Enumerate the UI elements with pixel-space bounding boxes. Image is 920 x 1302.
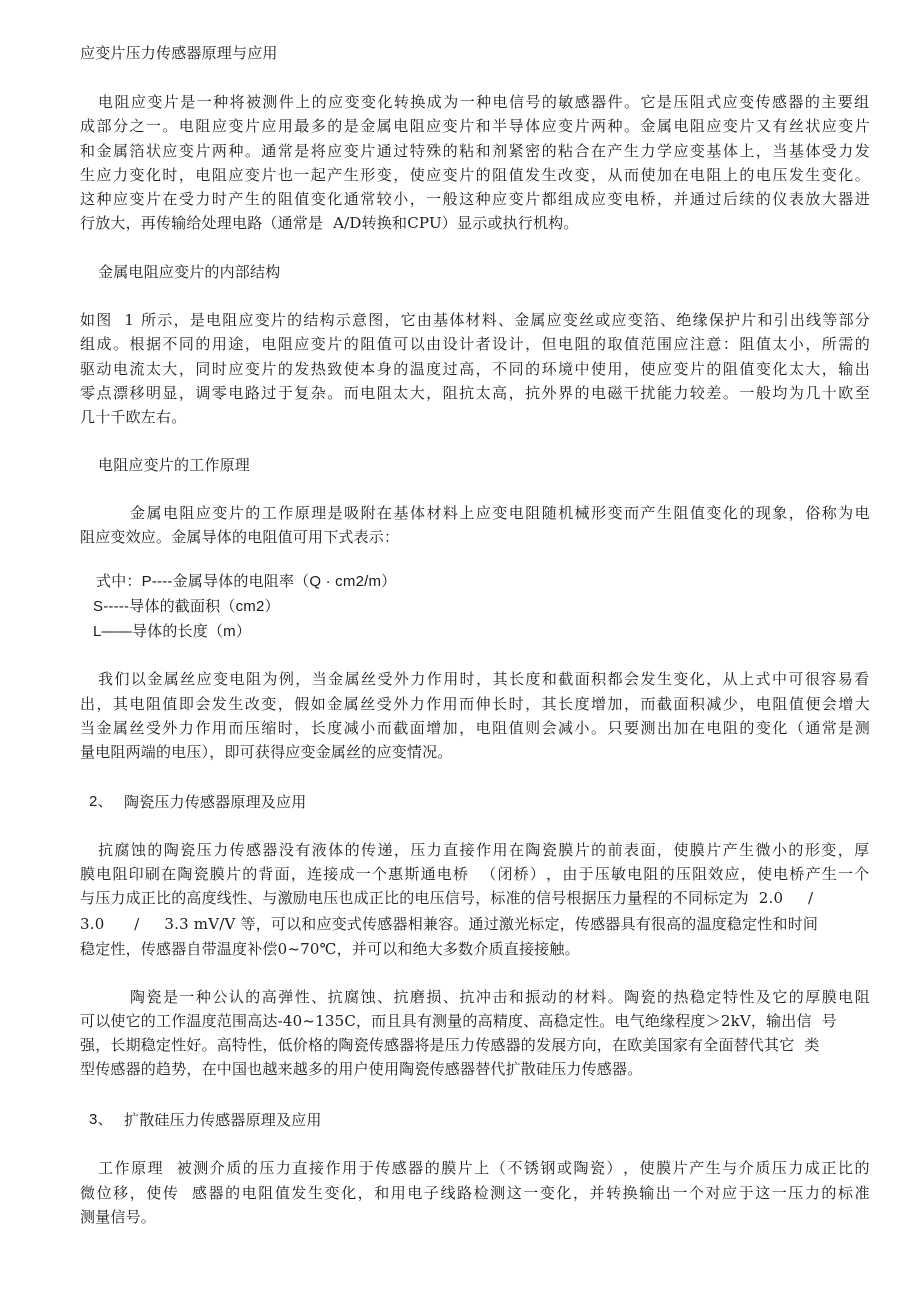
section-heading: 陶瓷压力传感器原理及应用 [124,792,306,812]
section-number: 3、 [89,1110,113,1130]
paragraph-line: 强，长期稳定性好。高特性，低价格的陶瓷传感器将是压力传感器的发展方向，在欧美国家… [80,1035,820,1055]
paragraph-line: 生应力变化时，电阻应变片也一起产生形变，使应变片的阻值发生改变，从而使加在电阻上… [80,165,870,185]
formula-line-l: L——导体的长度（m） [93,622,251,642]
paragraph-line: 测量信号。 [80,1207,156,1227]
document-page: 应变片压力传感器原理与应用 电阻应变片是一种将被测件上的应变变化转换成为一种电信… [0,0,920,1302]
paragraph-line: 行放大，再传输给处理电路（通常是 A/D转换和CPU）显示或执行机构。 [80,213,579,233]
formula-line-rho: 式中：P----金属导体的电阻率（Q · cm2/m） [96,572,396,592]
paragraph-line: 如图 1 所示，是电阻应变片的结构示意图，它由基体材料、金属应变丝或应变箔、绝缘… [80,310,870,330]
paragraph-line: 与压力成正比的高度线性、与激励电压也成正比的电压信号，标准的信号根据压力量程的不… [80,888,813,908]
paragraph-line: 抗腐蚀的陶瓷压力传感器没有液体的传递，压力直接作用在陶瓷膜片的前表面，使膜片产生… [98,840,870,860]
paragraph-line: 陶瓷是一种公认的高弹性、抗腐蚀、抗磨损、抗冲击和振动的材料。陶瓷的热稳定特性及它… [130,987,870,1007]
paragraph-line: 出，其电阻值即会发生改变，假如金属丝受外力作用而伸长时，其长度增加，而截面积减少… [80,694,870,714]
paragraph-line: 微位移，使传 感器的电阻值发生变化，和用电子线路检测这一变化，并转换输出一个对应… [80,1183,870,1203]
paragraph-line: 金属电阻应变片的工作原理是吸附在基体材料上应变电阻随机械形变而产生阻值变化的现象… [130,503,870,523]
section-heading: 金属电阻应变片的内部结构 [98,262,280,282]
paragraph-line: 型传感器的趋势，在中国也越来越多的用户使用陶瓷传感器替代扩散硅压力传感器。 [80,1059,642,1079]
paragraph-line: 和金属箔状应变片两种。通常是将应变片通过特殊的粘和剂紧密的粘合在产生力学应变基体… [80,141,870,161]
formula-line-s: S-----导体的截面积（cm2） [93,597,280,617]
paragraph-line: 量电阻两端的电压），即可获得应变金属丝的应变情况。 [80,742,453,762]
paragraph-line: 工作原理 被测介质的压力直接作用于传感器的膜片上（不锈钢或陶瓷），使膜片产生与介… [98,1158,870,1178]
paragraph-line: 我们以金属丝应变电阻为例，当金属丝受外力作用时，其长度和截面积都会发生变化，从上… [98,669,870,689]
paragraph-line: 驱动电流太大，同时应变片的发热致使本身的温度过高，不同的环境中使用，使应变片的阻… [80,359,870,379]
section-heading: 电阻应变片的工作原理 [98,455,250,475]
paragraph-line: 组成。根据不同的用途，电阻应变片的阻值可以由设计者设计，但电阻的取值范围应注意：… [80,334,870,354]
paragraph-line: 3.0 / 3.3 mV/V 等，可以和应变式传感器相兼容。通过激光标定，传感器… [80,914,818,934]
section-heading: 扩散硅压力传感器原理及应用 [124,1110,322,1130]
paragraph-line: 零点漂移明显，调零电路过于复杂。而电阻太大，阻抗太高，抗外界的电磁干扰能力较差。… [80,383,870,403]
paragraph-line: 电阻应变片是一种将被测件上的应变变化转换成为一种电信号的敏感器件。它是压阻式应变… [98,92,870,112]
paragraph-line: 几十千欧左右。 [80,407,186,427]
paragraph-line: 这种应变片在受力时产生的阻值变化通常较小，一般这种应变片都组成应变电桥，并通过后… [80,189,870,209]
paragraph-line: 可以使它的工作温度范围高达-40~135C，而且具有测量的高精度、高稳定性。电气… [80,1011,837,1031]
document-title: 应变片压力传感器原理与应用 [80,43,278,63]
paragraph-line: 稳定性，传感器自带温度补偿0~70℃，并可以和绝大多数介质直接接触。 [80,939,580,959]
paragraph-line: 成部分之一。电阻应变片应用最多的是金属电阻应变片和半导体应变片两种。金属电阻应变… [80,116,870,136]
paragraph-line: 阻应变效应。金属导体的电阻值可用下式表示： [80,527,399,547]
paragraph-line: 膜电阻印刷在陶瓷膜片的背面，连接成一个惠斯通电桥 （闭桥），由于压敏电阻的压阻效… [80,864,870,884]
section-number: 2、 [89,792,113,812]
paragraph-line: 当金属丝受外力作用而压缩时，长度减小而截面增加，电阻值则会减小。只要测出加在电阻… [80,718,870,738]
